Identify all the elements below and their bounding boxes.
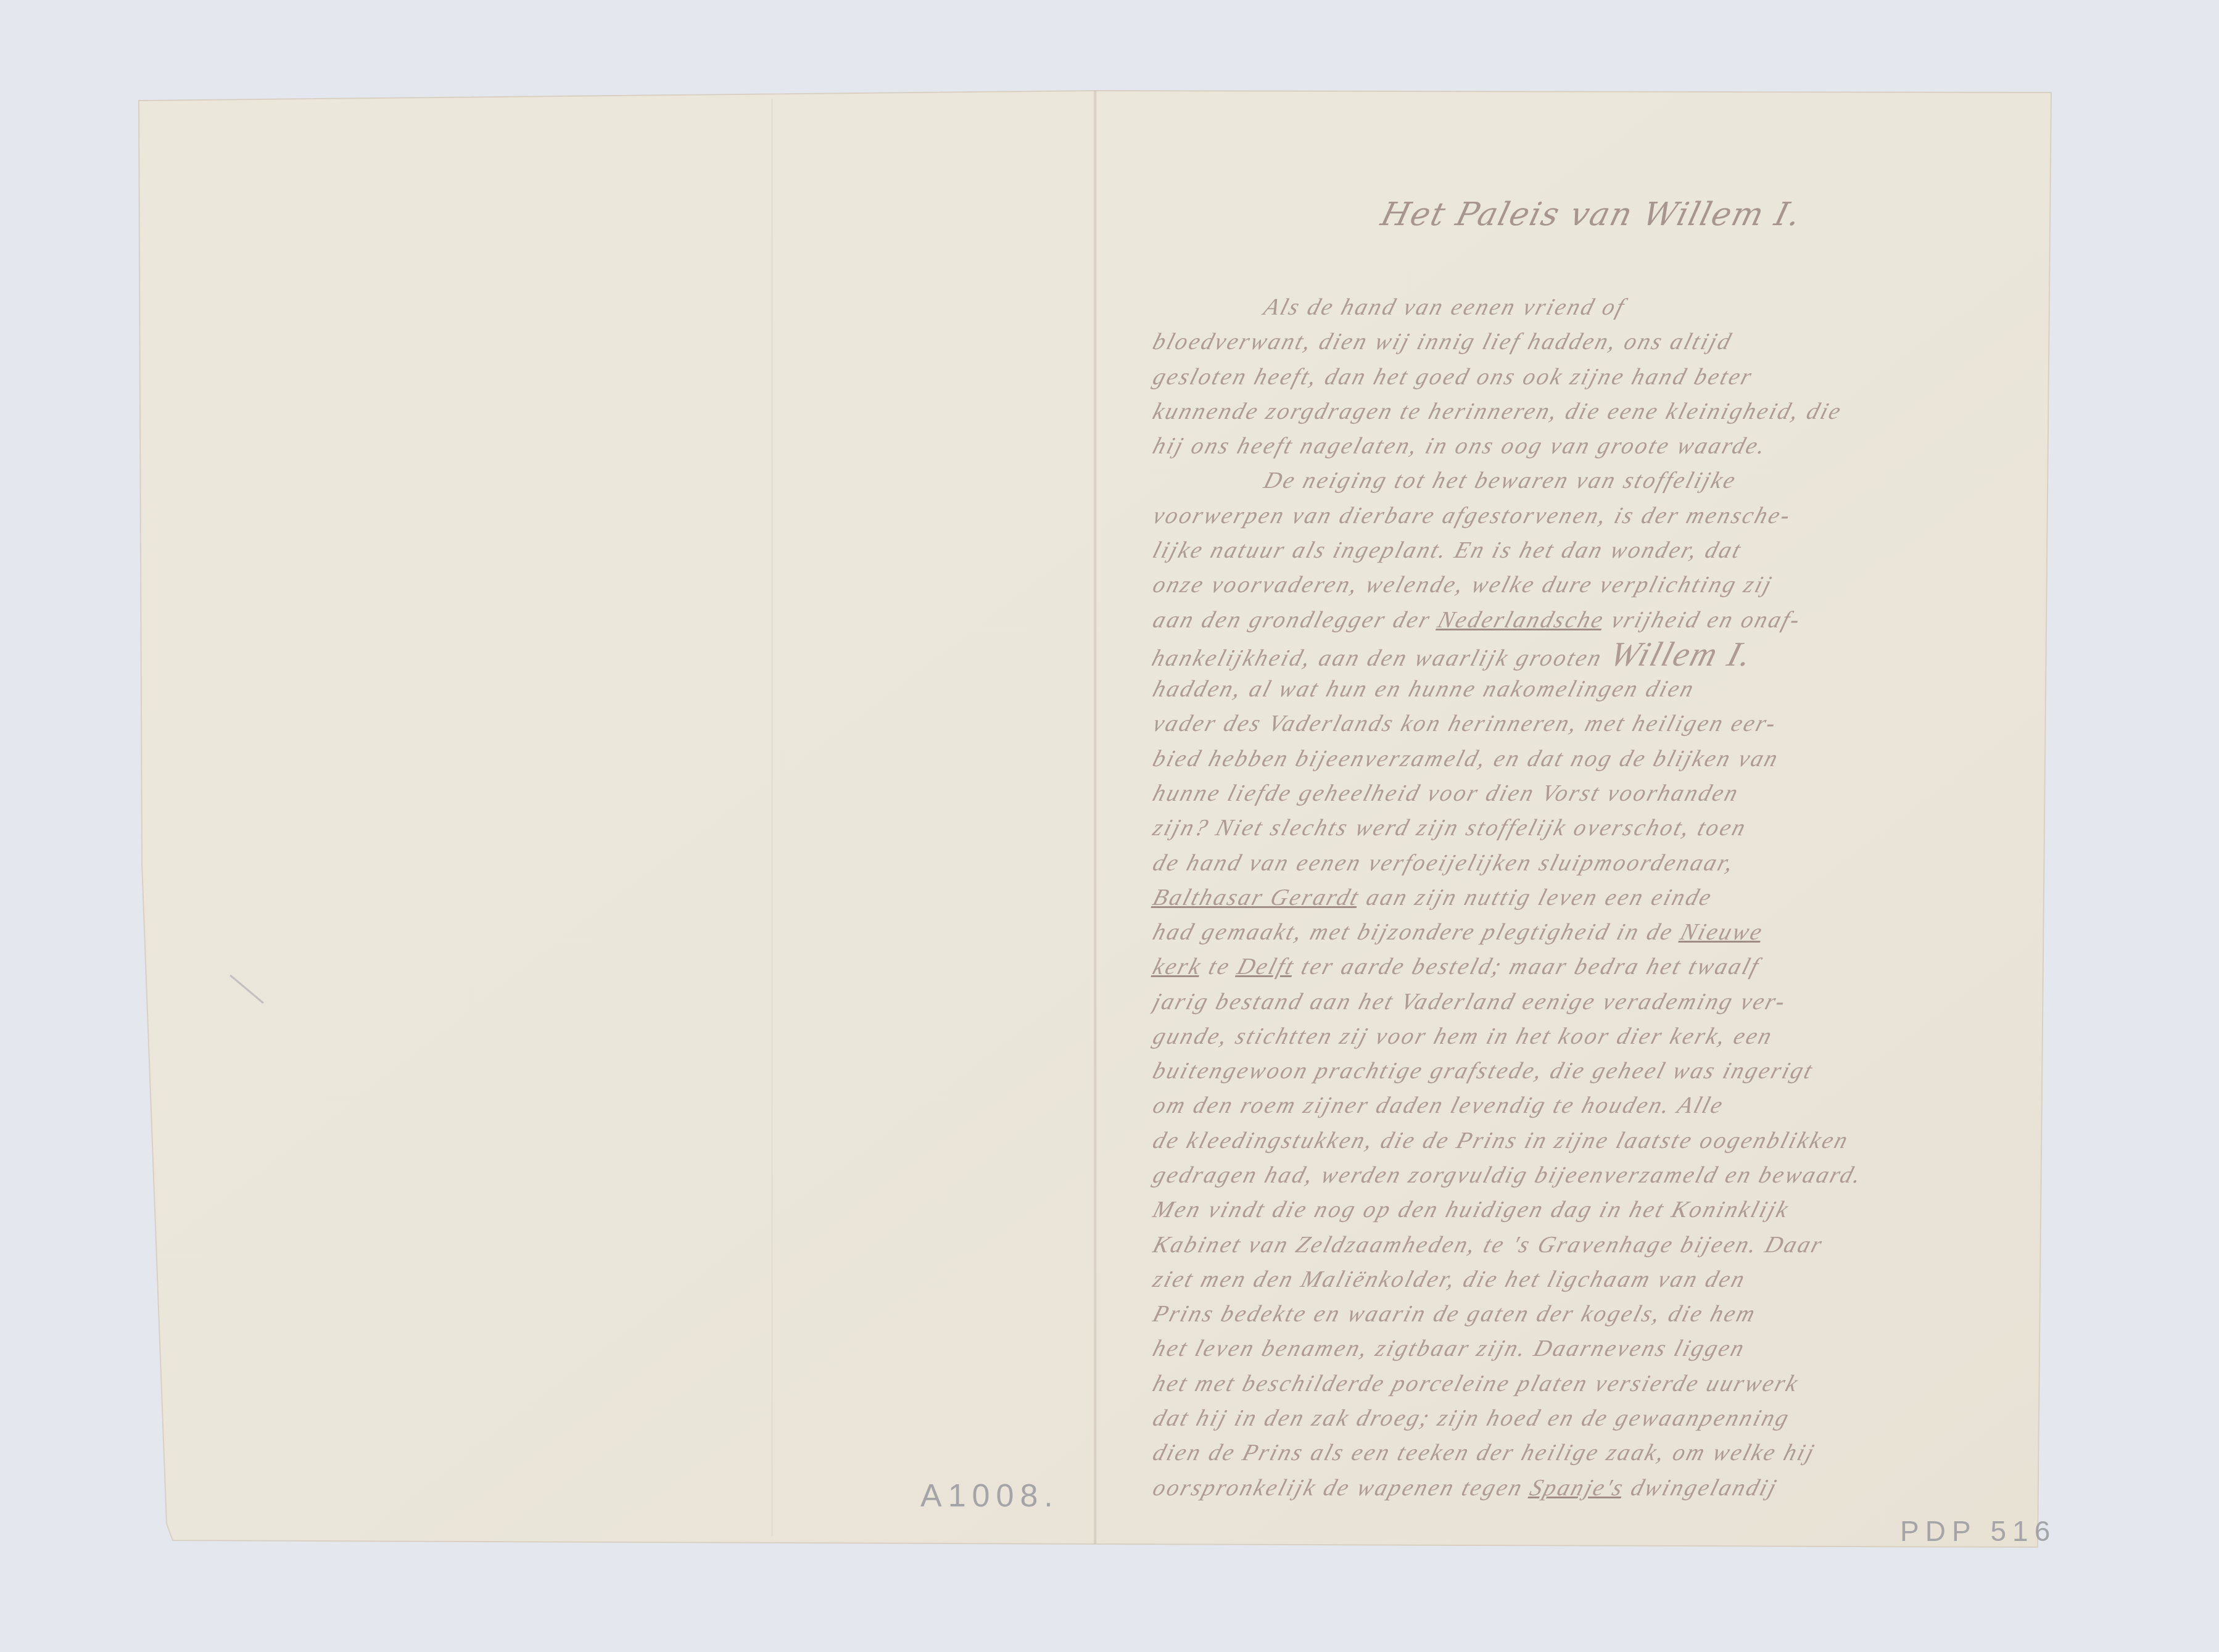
line-text: voorwerpen van dierbare afgestorvenen, i… — [1150, 503, 1795, 529]
manuscript-line: Kabinet van Zeldzaamheden, te 's Gravenh… — [1149, 1228, 2028, 1262]
manuscript-line: gedragen had, werden zorgvuldig bijeenve… — [1149, 1158, 2028, 1192]
manuscript-line: de kleedingstukken, die de Prins in zijn… — [1149, 1123, 2028, 1158]
line-text: hankelijkheid, aan den waarlijk grooten — [1149, 645, 1606, 671]
line-text: Kabinet van Zeldzaamheden, te 's Gravenh… — [1150, 1232, 1827, 1258]
line-text: had gemaakt, met bijzondere plegtigheid … — [1150, 919, 1677, 945]
line-text: het met beschilderde porceleine platen v… — [1150, 1371, 1803, 1397]
manuscript-line: hij ons heeft nagelaten, in ons oog van … — [1149, 429, 2028, 463]
manuscript-line: de hand van eenen verfoeijelijken sluipm… — [1149, 846, 2028, 880]
manuscript-line: Prins bedekte en waarin de gaten der kog… — [1149, 1297, 2028, 1331]
underlined-word: Nieuwe — [1677, 919, 1767, 945]
manuscript-line: dat hij in den zak droeg; zijn hoed en d… — [1149, 1401, 2028, 1435]
line-text: onze voorvaderen, welende, welke dure ve… — [1150, 572, 1776, 598]
manuscript-spread: A1008. Het Paleis van Willem I. Als de h… — [0, 0, 2219, 1652]
line-text: kunnende zorgdragen te herinneren, die e… — [1150, 399, 1845, 424]
emphasized-name: Willem I. — [1606, 637, 1758, 672]
line-text: ter aarde besteld; maar bedra het twaalf — [1299, 954, 1763, 980]
line-text: hunne liefde geheelheid voor dien Vorst … — [1150, 780, 1742, 806]
manuscript-line: lijke natuur als ingeplant. En is het da… — [1149, 533, 2028, 568]
line-text: om den roem zijner daden levendig te hou… — [1150, 1092, 1727, 1118]
line-text: zijn? Niet slechts werd zijn stoffelijk … — [1150, 815, 1750, 841]
manuscript-line: Als de hand van eenen vriend of — [1149, 290, 2028, 324]
line-text: Prins bedekte en waarin de gaten der kog… — [1150, 1301, 1759, 1327]
line-text: bied hebben bijeenverzameld, en dat nog … — [1150, 746, 1782, 772]
line-text: dwingelandij — [1628, 1475, 1781, 1501]
line-text: dat hij in den zak droeg; zijn hoed en d… — [1150, 1405, 1793, 1431]
manuscript-line: gunde, stichtten zij voor hem in het koo… — [1149, 1019, 2028, 1054]
underlined-word: Nederlandsche — [1435, 607, 1608, 633]
line-text: te — [1205, 954, 1234, 980]
manuscript-body: Als de hand van eenen vriend of bloedver… — [1154, 290, 2023, 1505]
manuscript-line: De neiging tot het bewaren van stoffelij… — [1149, 463, 2028, 498]
manuscript-line: hunne liefde geheelheid voor dien Vorst … — [1149, 776, 2028, 811]
manuscript-line: het leven benamen, zigtbaar zijn. Daarne… — [1149, 1331, 2028, 1366]
line-text: de kleedingstukken, die de Prins in zijn… — [1150, 1128, 1852, 1154]
manuscript-line: hadden, al wat hun en hunne nakomelingen… — [1149, 672, 2028, 706]
line-text: Als de hand van eenen vriend of — [1261, 294, 1629, 320]
manuscript-line: bloedverwant, dien wij innig lief hadden… — [1149, 324, 2028, 359]
manuscript-line: het met beschilderde porceleine platen v… — [1149, 1366, 2028, 1401]
line-text: De neiging tot het bewaren van stoffelij… — [1261, 468, 1740, 494]
underlined-word: Delft — [1234, 954, 1299, 980]
line-text: vrijheid en onaf- — [1608, 607, 1804, 633]
line-text: buitengewoon prachtige grafstede, die ge… — [1150, 1058, 1817, 1084]
manuscript-line: kunnende zorgdragen te herinneren, die e… — [1149, 394, 2028, 429]
manuscript-line: gesloten heeft, dan het goed ons ook zij… — [1149, 360, 2028, 394]
line-text: aan zijn nuttig leven een einde — [1363, 885, 1716, 911]
manuscript-line: zijn? Niet slechts werd zijn stoffelijk … — [1149, 811, 2028, 845]
manuscript-line: om den roem zijner daden levendig te hou… — [1149, 1088, 2028, 1123]
line-text: het leven benamen, zigtbaar zijn. Daarne… — [1150, 1336, 1749, 1361]
manuscript-line: kerk te Delft ter aarde besteld; maar be… — [1149, 949, 2028, 984]
line-text: jarig bestand aan het Vaderland eenige v… — [1150, 989, 1790, 1015]
line-text: gedragen had, werden zorgvuldig bijeenve… — [1150, 1162, 1866, 1188]
line-text: ziet men den Maliënkolder, die het ligch… — [1150, 1266, 1750, 1292]
line-text: Men vindt die nog op den huidigen dag in… — [1150, 1197, 1793, 1223]
line-text: hij ons heeft nagelaten, in ons oog van … — [1150, 433, 1771, 459]
manuscript-line: Men vindt die nog op den huidigen dag in… — [1149, 1192, 2028, 1227]
line-text: oorspronkelijk de wapenen tegen — [1150, 1475, 1527, 1501]
manuscript-line: jarig bestand aan het Vaderland eenige v… — [1149, 985, 2028, 1019]
manuscript-line: voorwerpen van dierbare afgestorvenen, i… — [1149, 498, 2028, 533]
manuscript-line: vader des Vaderlands kon herinneren, met… — [1149, 706, 2028, 741]
line-text: bloedverwant, dien wij innig lief hadden… — [1150, 329, 1735, 355]
line-text: aan den grondlegger der — [1150, 607, 1434, 633]
underlined-word: Spanje's — [1527, 1475, 1627, 1501]
manuscript-line: had gemaakt, met bijzondere plegtigheid … — [1149, 915, 2028, 949]
line-text: de hand van eenen verfoeijelijken sluipm… — [1150, 850, 1738, 876]
manuscript-line: bied hebben bijeenverzameld, en dat nog … — [1149, 741, 2028, 776]
manuscript-line: onze voorvaderen, welende, welke dure ve… — [1149, 568, 2028, 602]
left-page-archive-number: A1008. — [920, 1477, 1059, 1514]
manuscript-line: Balthasar Gerardt aan zijn nuttig leven … — [1149, 880, 2028, 915]
line-text: gesloten heeft, dan het goed ons ook zij… — [1150, 364, 1756, 390]
left-page — [148, 99, 1092, 1542]
underlined-word: Balthasar Gerardt — [1150, 885, 1363, 911]
line-text: lijke natuur als ingeplant. En is het da… — [1150, 537, 1745, 563]
manuscript-line: aan den grondlegger der Nederlandsche vr… — [1149, 603, 2028, 637]
center-fold — [1093, 91, 1097, 1544]
manuscript-line: oorspronkelijk de wapenen tegen Spanje's… — [1149, 1471, 2028, 1505]
line-text: dien de Prins als een teeken der heilige… — [1150, 1440, 1819, 1466]
manuscript-line: ziet men den Maliënkolder, die het ligch… — [1149, 1262, 2028, 1297]
line-text: gunde, stichtten zij voor hem in het koo… — [1150, 1023, 1776, 1049]
manuscript-line: hankelijkheid, aan den waarlijk grooten … — [1149, 637, 2028, 672]
manuscript-line: buitengewoon prachtige grafstede, die ge… — [1149, 1054, 2028, 1088]
underlined-word: kerk — [1150, 954, 1205, 980]
manuscript-title: Het Paleis van Willem I. — [1378, 196, 1806, 233]
line-text: hadden, al wat hun en hunne nakomelingen… — [1150, 676, 1698, 702]
line-text: vader des Vaderlands kon herinneren, met… — [1150, 711, 1780, 737]
manuscript-line: dien de Prins als een teeken der heilige… — [1149, 1435, 2028, 1470]
right-page-archive-number: PDP 516 — [1900, 1514, 2056, 1548]
